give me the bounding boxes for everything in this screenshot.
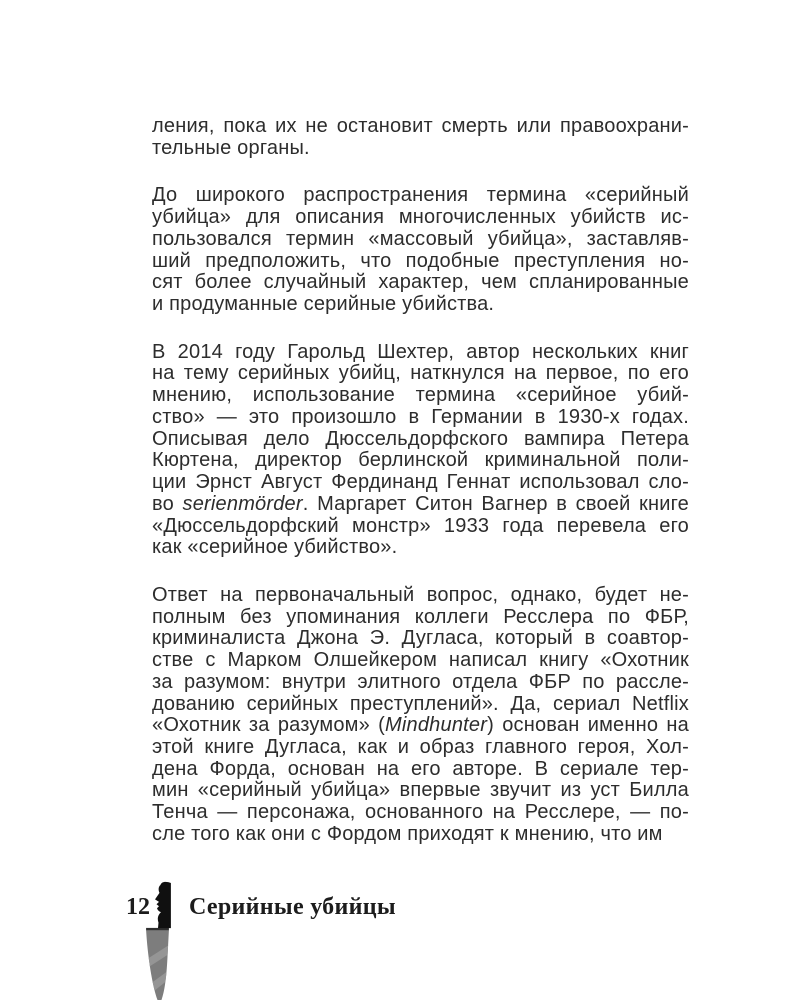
book-page: ления, пока их не остановит смерть или п… [0, 0, 800, 1000]
body-text-line: тельные органы. [152, 138, 689, 160]
body-text-line: «Охотник за разумом» (Mindhunter) основа… [152, 715, 689, 737]
body-text-line: Тенча — персонажа, основанного на Рессле… [152, 802, 689, 824]
page-number: 12 [126, 894, 150, 921]
text-block: ления, пока их не остановит смерть или п… [152, 116, 689, 846]
paragraph: ления, пока их не остановит смерть или п… [152, 116, 689, 159]
knife-blade-highlight [147, 970, 169, 995]
body-text-line: как «серийное убийство». [152, 537, 689, 559]
body-text-line: ство» — это произошло в Германии в 1930-… [152, 407, 689, 429]
knife-icon [143, 881, 173, 1000]
body-text-line: Ответ на первоначальный вопрос, однако, … [152, 585, 689, 607]
body-text-line: До широкого распространения термина «сер… [152, 185, 689, 207]
body-text-line: криминалиста Джона Э. Дугласа, который в… [152, 628, 689, 650]
body-text-line: мнению, использование термина «серийное … [152, 385, 689, 407]
body-text-line: Описывая дело Дюссельдорфского вампира П… [152, 429, 689, 451]
body-text-line: во serienmörder. Маргарет Ситон Вагнер в… [152, 494, 689, 516]
body-text-line: пользовался термин «массовый убийца», за… [152, 229, 689, 251]
paragraph: В 2014 году Гарольд Шехтер, автор нескол… [152, 342, 689, 559]
body-text-line: за разумом: внутри элитного отдела ФБР п… [152, 672, 689, 694]
body-text-line: и продуманные серийные убийства. [152, 294, 689, 316]
body-text-line: дованию серийных преступлений». Да, сери… [152, 694, 689, 716]
body-text-line: ции Эрнст Август Фердинанд Геннат исполь… [152, 472, 689, 494]
body-text-line: полным без упоминания коллеги Ресслера п… [152, 607, 689, 629]
paragraph: До широкого распространения термина «сер… [152, 185, 689, 315]
knife-blade [146, 930, 169, 1000]
body-text-line: дена Форда, основан на его авторе. В сер… [152, 759, 689, 781]
knife-blade-highlight [145, 944, 170, 969]
body-text-line: В 2014 году Гарольд Шехтер, автор нескол… [152, 342, 689, 364]
knife-bolster [146, 928, 169, 930]
body-text-line: этой книге Дугласа, как и образ главного… [152, 737, 689, 759]
body-text-line: убийца» для описания многочисленных убий… [152, 207, 689, 229]
body-text-line: ший предположить, что подобные преступле… [152, 251, 689, 273]
body-text-line: на тему серийных убийц, наткнулся на пер… [152, 363, 689, 385]
body-text-line: «Дюссельдорфский монстр» 1933 года перев… [152, 516, 689, 538]
knife-handle-face-silhouette [155, 882, 171, 928]
body-text-line: мин «серийный убийца» впервые звучит из … [152, 780, 689, 802]
body-text-line: стве с Марком Олшейкером написал книгу «… [152, 650, 689, 672]
body-text-line: Кюртена, директор берлинской криминально… [152, 450, 689, 472]
running-title: Серийные убийцы [189, 894, 396, 921]
body-text-line: сле того как они с Фордом приходят к мне… [152, 824, 689, 846]
body-text-line: сят более случайный характер, чем сплани… [152, 272, 689, 294]
paragraph: Ответ на первоначальный вопрос, однако, … [152, 585, 689, 846]
body-text-line: ления, пока их не остановит смерть или п… [152, 116, 689, 138]
